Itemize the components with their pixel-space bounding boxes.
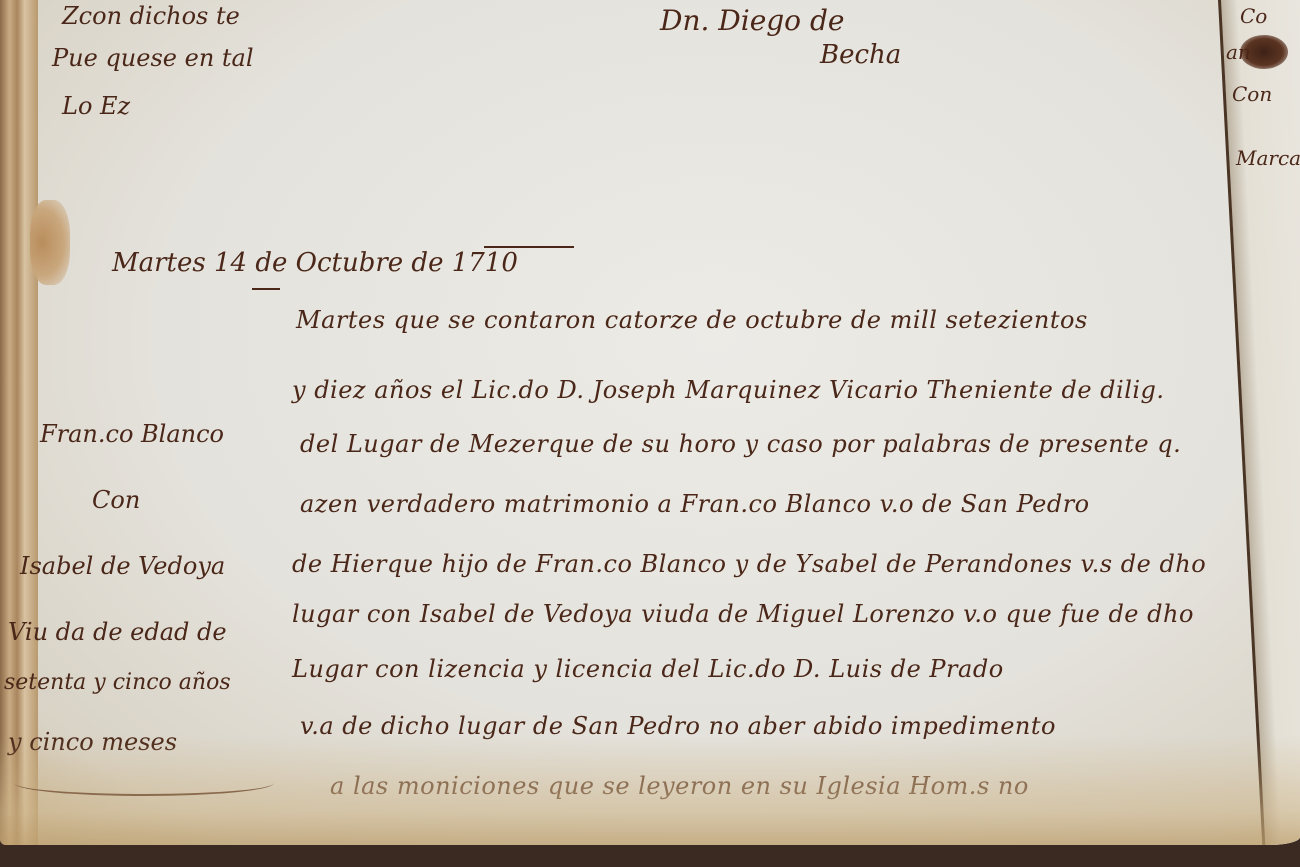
year-underline [484,246,574,248]
margin-flourish [14,770,274,796]
facing-page-line: an [1226,40,1251,64]
margin-line: Fran.co Blanco [40,420,224,448]
facing-page-line: Marca J [1236,146,1300,170]
body-line: del Lugar de Mezerque de su horo y caso … [300,430,1181,458]
facing-page-line: Co [1240,4,1267,28]
margin-line: y cinco meses [8,728,177,756]
previous-entry-line: Pue quese en tal [52,44,254,72]
body-line: lugar con Isabel de Vedoya viuda de Migu… [292,600,1194,628]
water-stain [30,200,70,285]
body-line: azen verdadero matrimonio a Fran.co Blan… [300,490,1090,518]
previous-entry-line: Zcon dichos te [62,2,240,30]
book-binding [0,0,38,845]
body-line: Martes que se contaron catorze de octubr… [296,306,1088,334]
margin-line: Isabel de Vedoya [20,552,225,580]
entry-date-heading: Martes 14 de Octubre de 1710 [112,248,518,278]
manuscript-page: Zcon dichos te Pue quese en tal Lo Ez Dn… [0,0,1300,845]
margin-line: Con [92,486,140,514]
body-line: de Hierque hijo de Fran.co Blanco y de Y… [292,550,1206,578]
margin-line: setenta y cinco años [4,670,231,695]
facing-page-edge [1218,0,1300,845]
signature-becha: Becha [820,40,901,70]
date-underline [252,288,280,290]
margin-line: Viu da de edad de [8,618,227,646]
previous-entry-line: Lo Ez [62,92,130,120]
facing-page-line: Con [1232,82,1272,106]
body-line: Lugar con lizencia y licencia del Lic.do… [292,655,1004,683]
signature-diego: Dn. Diego de [660,4,844,37]
body-line: v.a de dicho lugar de San Pedro no aber … [300,712,1056,740]
body-line: y diez años el Lic.do D. Joseph Marquine… [292,376,1165,404]
body-line: a las moniciones que se leyeron en su Ig… [330,772,1029,800]
